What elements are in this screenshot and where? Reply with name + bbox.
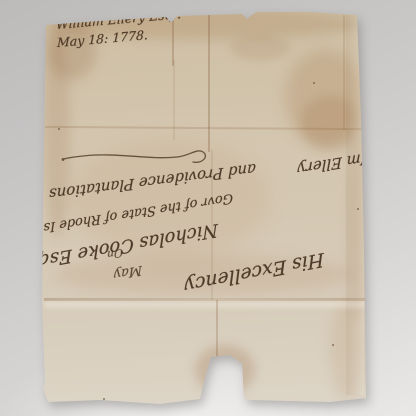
flourish-underline [59,144,211,170]
frank-signature: Wm Ellery [297,148,376,179]
paper-shadow-wrap: William Ellery Esqr. May 18: 1778. His E… [0,0,416,416]
address-panel-flipped: His Excellency Nicholas Cooke Esqr Govr … [0,0,416,416]
note-word-2: On [107,246,123,261]
manuscript-paper: William Ellery Esqr. May 18: 1778. His E… [0,0,416,416]
salutation-line: His Excellency [184,248,324,297]
note-word-1: May [114,262,143,282]
photo-backdrop: William Ellery Esqr. May 18: 1778. His E… [0,0,416,416]
